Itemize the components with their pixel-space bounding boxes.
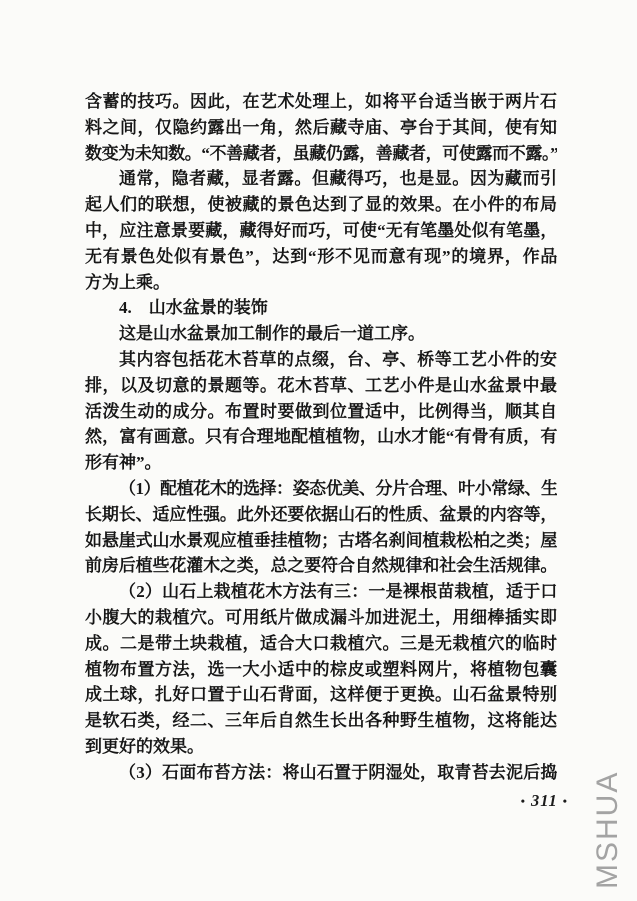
text-line: 植物布置方法，选一大小适中的棕皮或塑料网片，将植物包囊 [85, 657, 557, 683]
text-line: 然，富有画意。只有合理地配植植物，山水才能“有骨有质，有 [85, 424, 557, 450]
text-line: 是软石类，经二、三年后自然生长出各种野生植物，这将能达 [85, 708, 557, 734]
text-line: 长期长、适应性强。此外还要依据山石的性质、盆景的内容等， [85, 502, 557, 528]
text-line: 通常，隐者藏，显者露。但藏得巧，也是显。因为藏而引 [85, 166, 557, 192]
body-text: 含蓄的技巧。因此，在艺术处理上，如将平台适当嵌于两片石料之间，仅隐约露出一角，然… [85, 89, 557, 786]
text-line: 方为上乘。 [85, 270, 557, 296]
text-line: 活泼生动的成分。布置时要做到位置适中，比例得当，顺其自 [85, 399, 557, 425]
text-line: 形有神”。 [85, 450, 557, 476]
text-line: 中，应注意景要藏，藏得好而巧，可使“无有笔墨处似有笔墨， [85, 218, 557, 244]
page-number: 311 [531, 791, 558, 810]
scanned-book-page: 含蓄的技巧。因此，在艺术处理上，如将平台适当嵌于两片石料之间，仅隐约露出一角，然… [0, 0, 637, 901]
page-number-right-dot: • [558, 794, 573, 808]
page-number-left-dot: • [516, 794, 531, 808]
text-line: 4. 山水盆景的装饰 [85, 295, 557, 321]
watermark: MSHUA [591, 777, 625, 889]
text-line: 排，以及切意的景题等。花木苔草、工艺小件是山水盆景中最 [85, 373, 557, 399]
text-line: （1）配植花木的选择：姿态优美、分片合理、叶小常绿、生 [85, 476, 557, 502]
text-line: （3）石面布苔方法：将山石置于阴湿处，取青苔去泥后捣 [85, 760, 557, 786]
text-line: 前房后植些花灌木之类，总之要符合自然规律和社会生活规律。 [85, 553, 557, 579]
page-number-row: •311• [85, 788, 573, 814]
text-line: 成。二是带土块栽植，适合大口栽植穴。三是无栽植穴的临时 [85, 631, 557, 657]
text-line: 其内容包括花木苔草的点缀，台、亭、桥等工艺小件的安 [85, 347, 557, 373]
text-line: 料之间，仅隐约露出一角，然后藏寺庙、亭台于其间，使有知 [85, 115, 557, 141]
text-line: 成土球，扎好口置于山石背面，这样便于更换。山石盆景特别 [85, 682, 557, 708]
text-line: 起人们的联想，使被藏的景色达到了显的效果。在小件的布局 [85, 192, 557, 218]
text-block: 含蓄的技巧。因此，在艺术处理上，如将平台适当嵌于两片石料之间，仅隐约露出一角，然… [85, 89, 557, 814]
text-line: 无有景色处似有景色”，达到“形不见而意有现”的境界，作品 [85, 244, 557, 270]
text-line: 含蓄的技巧。因此，在艺术处理上，如将平台适当嵌于两片石 [85, 89, 557, 115]
text-line: （2）山石上栽植花木方法有三：一是裸根苗栽植，适于口 [85, 579, 557, 605]
text-line: 这是山水盆景加工制作的最后一道工序。 [85, 321, 557, 347]
text-line: 小腹大的栽植穴。可用纸片做成漏斗加进泥土，用细棒插实即 [85, 605, 557, 631]
text-line: 到更好的效果。 [85, 734, 557, 760]
text-line: 如悬崖式山水景观应植垂挂植物；古塔名刹间植栽松柏之类；屋 [85, 528, 557, 554]
text-line: 数变为未知数。“不善藏者，虽藏仍露，善藏者，可使露而不露。” [85, 141, 557, 167]
